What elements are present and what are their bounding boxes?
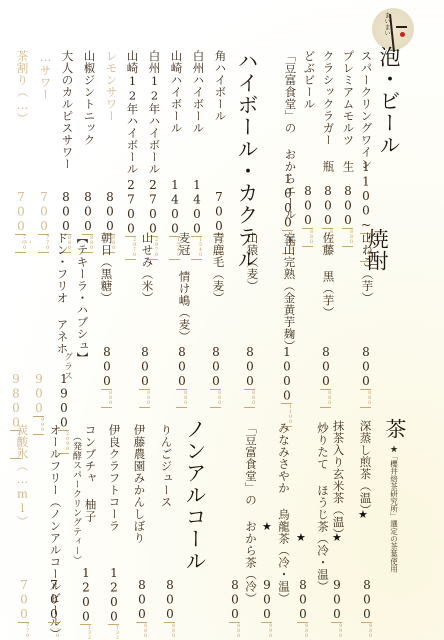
menu-item: 山ねこ（芋）	[361, 232, 373, 304]
price: 800880	[229, 578, 241, 640]
logo-red-seal-icon	[400, 32, 405, 37]
menu-item: …	[20, 232, 32, 247]
menu-item: ドン・フリオ アネホ	[56, 232, 68, 355]
section-title-tea: 茶	[384, 418, 405, 440]
menu-item: りんごジュース	[160, 424, 172, 508]
menu-item: プレミアムモルツ 生	[342, 50, 354, 173]
menu-item: 抹茶入り玄米茶（温）	[332, 420, 344, 540]
price: 800880	[176, 345, 188, 408]
price: 800880	[101, 345, 113, 408]
price: 700770	[38, 190, 50, 253]
menu-item: …サワー	[39, 50, 51, 101]
menu-item: 麦冠 情け嶋（麦）	[178, 232, 190, 343]
menu-item: 山せみ（米）	[141, 232, 153, 304]
star-icon: ★	[358, 508, 368, 521]
menu-item: 茶割り（…）	[16, 50, 28, 125]
price: 800880	[361, 578, 373, 640]
tea-note: ★「櫻井焙茶研究所」選定の茶葉使用	[390, 445, 398, 573]
menu-item: レモンサワー	[105, 50, 117, 122]
menu-item: スパークリングワイン	[360, 50, 372, 170]
menu-item: 伊良クラフトコーラ	[108, 424, 120, 532]
menu-item: 佐藤 黒（芋）	[322, 232, 334, 319]
menu-item: 青鹿毛（麦）	[212, 232, 224, 304]
price: 800880	[320, 345, 332, 408]
price: 10001100	[281, 345, 293, 427]
menu-item: 山椒ジントニック	[83, 50, 95, 146]
price: 900990	[33, 372, 45, 435]
menu-item: 「豆富食堂」の おからエール 缶	[284, 50, 296, 154]
price: 800880	[297, 578, 309, 640]
price: 900990	[331, 578, 343, 640]
brand-logo: まいまい	[372, 8, 414, 50]
menu-item: 大人のカルピスサワー	[61, 50, 73, 170]
logo-bar	[396, 26, 407, 28]
price: 12001320	[108, 566, 120, 640]
price: 800880	[139, 345, 151, 408]
menu-item: みなみさやか 烏龍茶（冷・温）	[257, 422, 289, 522]
menu-item: 「豆富食堂」の おから茶（冷）	[222, 422, 256, 528]
star-icon: ★	[332, 531, 342, 544]
price: 800880	[136, 578, 148, 640]
price: 700770	[18, 578, 30, 640]
menu-item: 白州ハイボール	[192, 50, 204, 134]
price: 14001540	[191, 178, 203, 260]
section-title-beer: 泡・ビール	[378, 46, 399, 156]
menu-item: 伊藤農園みかんしぼり	[133, 424, 145, 544]
price: 900990	[261, 578, 273, 640]
star-icon: ★	[262, 520, 272, 533]
menu-item: クラシックラガー 瓶	[322, 50, 334, 173]
menu-item: 角ハイボール	[214, 50, 226, 122]
menu-item: 炒りたて ほうじ茶（冷・温）	[296, 422, 328, 532]
menu-item: 炭酸水（…ml）	[16, 424, 28, 528]
menu-item: 宝山完熟（金黄芋麹）	[283, 232, 295, 352]
price: 12001320	[80, 566, 92, 640]
menu-item: 山崎12年ハイボール	[126, 50, 138, 175]
section-title-nonalcohol: ノンアルコール	[184, 418, 205, 572]
menu-item: コンブチャ 柚子	[84, 424, 96, 523]
menu-item: どぶビール	[303, 50, 315, 110]
menu-item: 白州12年ハイボール	[148, 50, 160, 175]
star-icon: ★	[296, 531, 306, 544]
menu-item: 【テキーラ・ハブシュ】	[76, 232, 88, 364]
price: 800880	[164, 578, 176, 640]
menu-item-sub: （発酵スパークリングティー）	[71, 432, 80, 565]
price: 800880	[210, 345, 222, 408]
menu-item: オールフリー（ノンアルコールビール）	[49, 424, 61, 594]
price: 800880	[244, 345, 256, 408]
menu-item: 深蒸し煎茶（温）	[359, 420, 371, 516]
price: 800880	[302, 184, 314, 247]
menu-item: 山崎ハイボール	[170, 50, 182, 134]
menu-item: 山猿（麦）	[246, 232, 258, 292]
price: 700770	[48, 578, 60, 640]
price: 800880	[342, 184, 354, 247]
price: 27002970	[125, 178, 137, 260]
menu-item: 朝日（黒糖）	[100, 232, 112, 304]
price: 800880	[360, 345, 372, 408]
